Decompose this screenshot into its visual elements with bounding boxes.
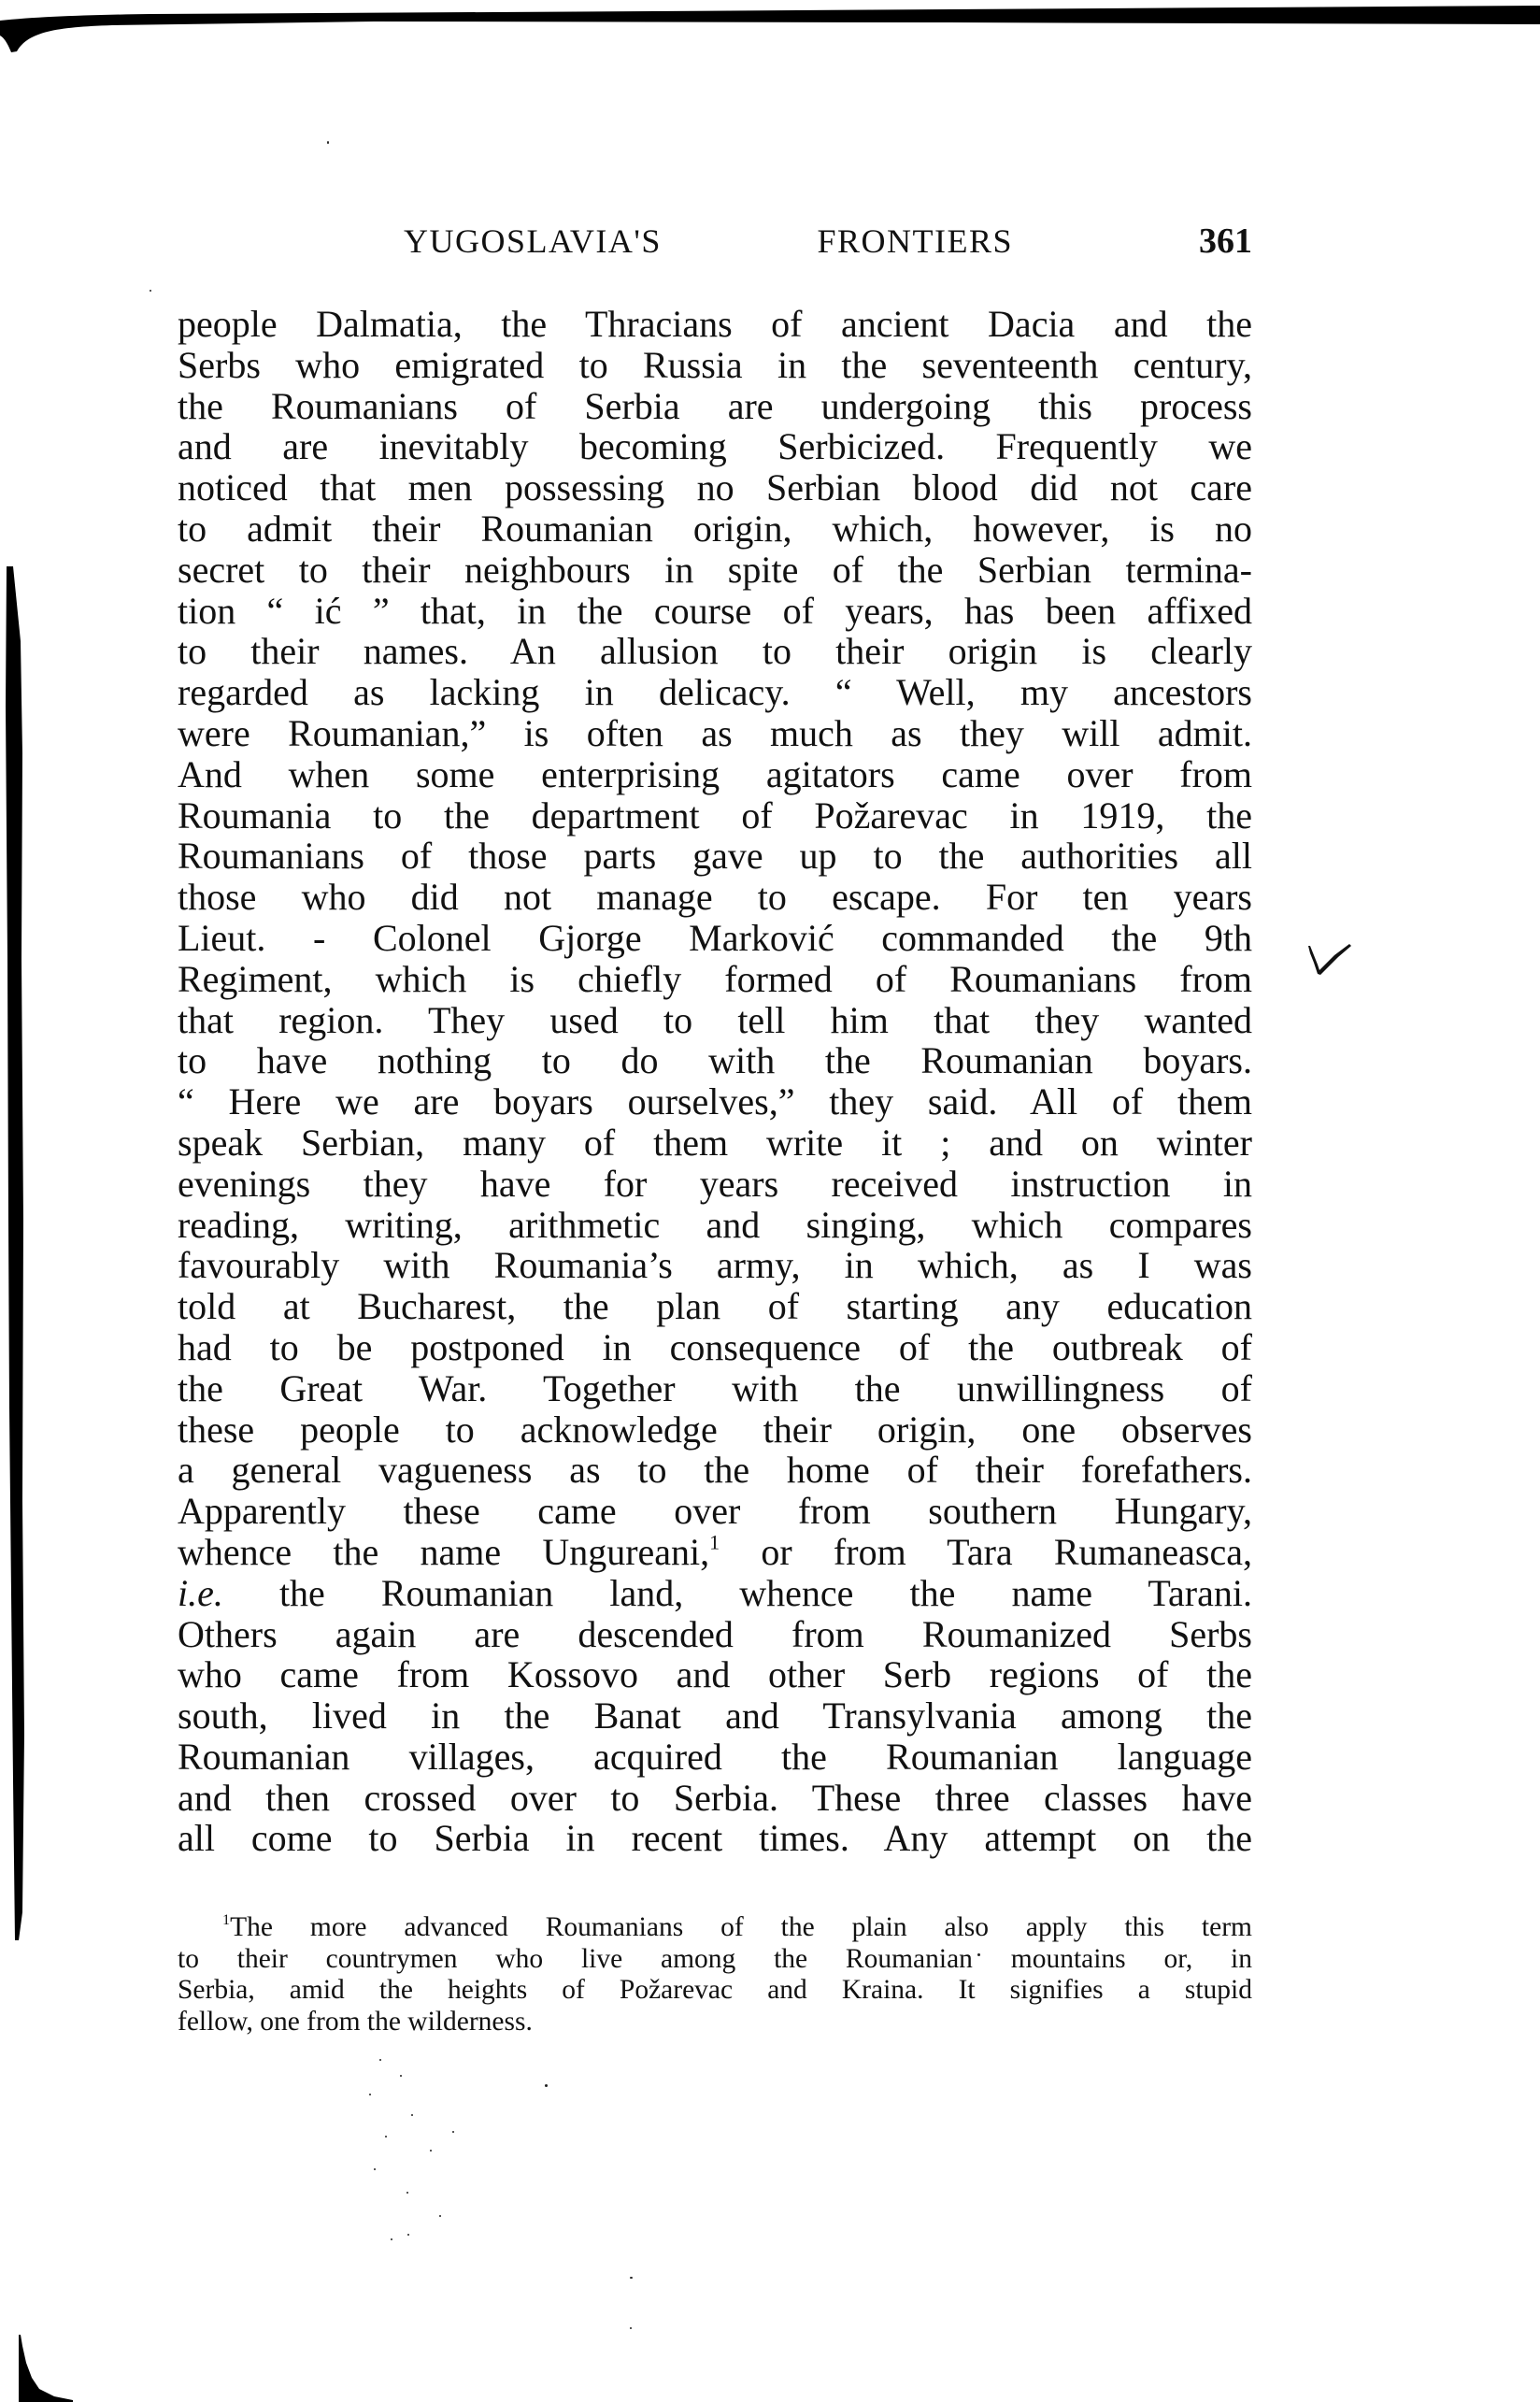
text-line-with-footnote-ref: whence the name Ungureani,1 or from Tara… (178, 1532, 1252, 1573)
text-segment: the Roumanian land, whence the name Tara… (223, 1572, 1252, 1614)
text-line: south, lived in the Banat and Transylvan… (178, 1695, 1252, 1737)
text-line: Regiment, which is chiefly formed of Rou… (178, 959, 1252, 1000)
footnote-text: The more advanced Roumanians of the plai… (230, 1912, 1252, 1942)
text-line: secret to their neighbours in spite of t… (178, 550, 1252, 591)
text-line: “ Here we are boyars ourselves,” they sa… (178, 1081, 1252, 1122)
text-line: Roumanian villages, acquired the Roumani… (178, 1737, 1252, 1778)
text-line: and are inevitably becoming Serbicized. … (178, 426, 1252, 467)
text-line: evenings they have for years received in… (178, 1164, 1252, 1205)
text-line: people Dalmatia, the Thracians of ancien… (178, 304, 1252, 345)
text-line: reading, writing, arithmetic and singing… (178, 1205, 1252, 1246)
text-line: i.e. the Roumanian land, whence the name… (178, 1573, 1252, 1614)
text-line: told at Bucharest, the plan of starting … (178, 1286, 1252, 1327)
body-paragraph: people Dalmatia, the Thracians of ancien… (178, 304, 1252, 1859)
footnote-line: to their countrymen who live among the R… (178, 1944, 1252, 1976)
text-line: and then crossed over to Serbia. These t… (178, 1778, 1252, 1819)
text-line: favourably with Roumania’s army, in whic… (178, 1245, 1252, 1286)
text-line: who came from Kossovo and other Serb reg… (178, 1654, 1252, 1695)
text-line: regarded as lacking in delicacy. “ Well,… (178, 672, 1252, 713)
text-line: were Roumanian,” is often as much as the… (178, 713, 1252, 754)
footnote-marker: 1 (222, 1911, 230, 1928)
text-segment: whence the name Ungureani, (178, 1531, 709, 1573)
text-line: all come to Serbia in recent times. Any … (178, 1818, 1252, 1859)
text-line: Roumanians of those parts gave up to the… (178, 836, 1252, 877)
text-line: the Roumanians of Serbia are undergoing … (178, 386, 1252, 427)
text-line: had to be postponed in consequence of th… (178, 1327, 1252, 1368)
text-line: these people to acknowledge their origin… (178, 1409, 1252, 1451)
footnote-line: Serbia, amid the heights of Požarevac an… (178, 1975, 1252, 2007)
text-line: speak Serbian, many of them write it ; a… (178, 1122, 1252, 1164)
footnote-reference[interactable]: 1 (709, 1530, 720, 1553)
text-line: Others again are descended from Roumaniz… (178, 1614, 1252, 1655)
text-line: Apparently these came over from southern… (178, 1491, 1252, 1532)
text-segment: or from Tara Rumaneasca, (720, 1531, 1252, 1573)
text-line: Roumania to the department of Požarevac … (178, 795, 1252, 836)
text-line: noticed that men possessing no Serbian b… (178, 467, 1252, 508)
text-line: to their names. An allusion to their ori… (178, 631, 1252, 672)
page-number: 361 (1179, 221, 1252, 262)
text-line: Serbs who emigrated to Russia in the sev… (178, 345, 1252, 386)
footnote-line: fellow, one from the wilderness. (178, 2007, 1252, 2038)
text-line: that region. They used to tell him that … (178, 1000, 1252, 1041)
text-line: a general vagueness as to the home of th… (178, 1450, 1252, 1491)
checkmark-icon (1306, 942, 1353, 976)
text-line: And when some enterprising agitators cam… (178, 754, 1252, 795)
footnote: 1The more advanced Roumanians of the pla… (178, 1912, 1252, 2037)
text-line: Lieut. - Colonel Gjorge Marković command… (178, 918, 1252, 959)
running-title: YUGOSLAVIA'S FRONTIERS (404, 221, 1013, 262)
scan-edge-top (0, 0, 1540, 56)
running-head: YUGOSLAVIA'S FRONTIERS 361 (0, 221, 1540, 262)
italic-abbreviation: i.e. (178, 1572, 223, 1614)
scan-edge-left (4, 566, 24, 1940)
footnote-line: 1The more advanced Roumanians of the pla… (178, 1912, 1252, 1944)
text-line: to admit their Roumanian origin, which, … (178, 508, 1252, 550)
scan-edge-corner (17, 2335, 73, 2402)
text-line: those who did not manage to escape. For … (178, 877, 1252, 918)
text-line: tion “ ić ” that, in the course of years… (178, 591, 1252, 632)
text-line: the Great War. Together with the unwilli… (178, 1368, 1252, 1409)
text-line: to have nothing to do with the Roumanian… (178, 1040, 1252, 1081)
